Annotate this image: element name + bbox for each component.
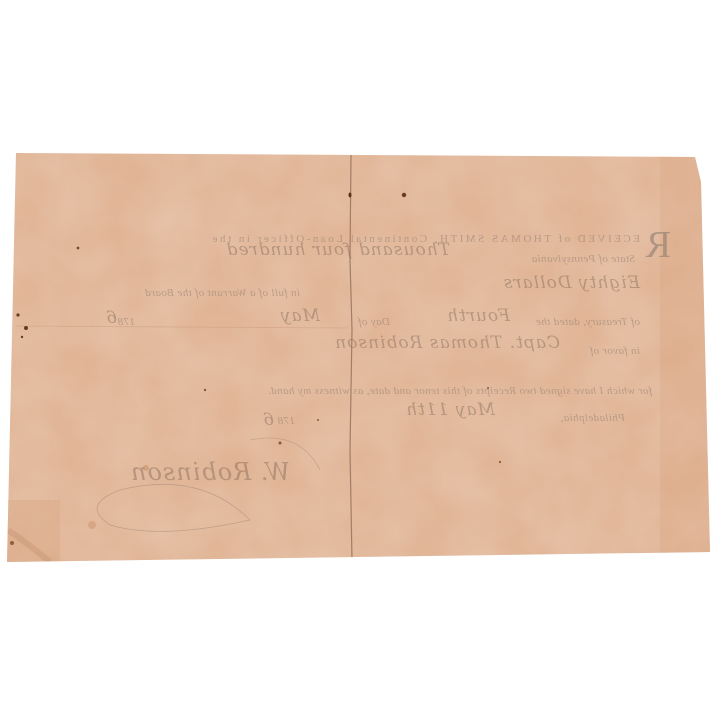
receipt-paper: R ECEIVED of THOMAS SMITH, Continental L… [0, 0, 720, 720]
paper-sheet [0, 0, 720, 720]
